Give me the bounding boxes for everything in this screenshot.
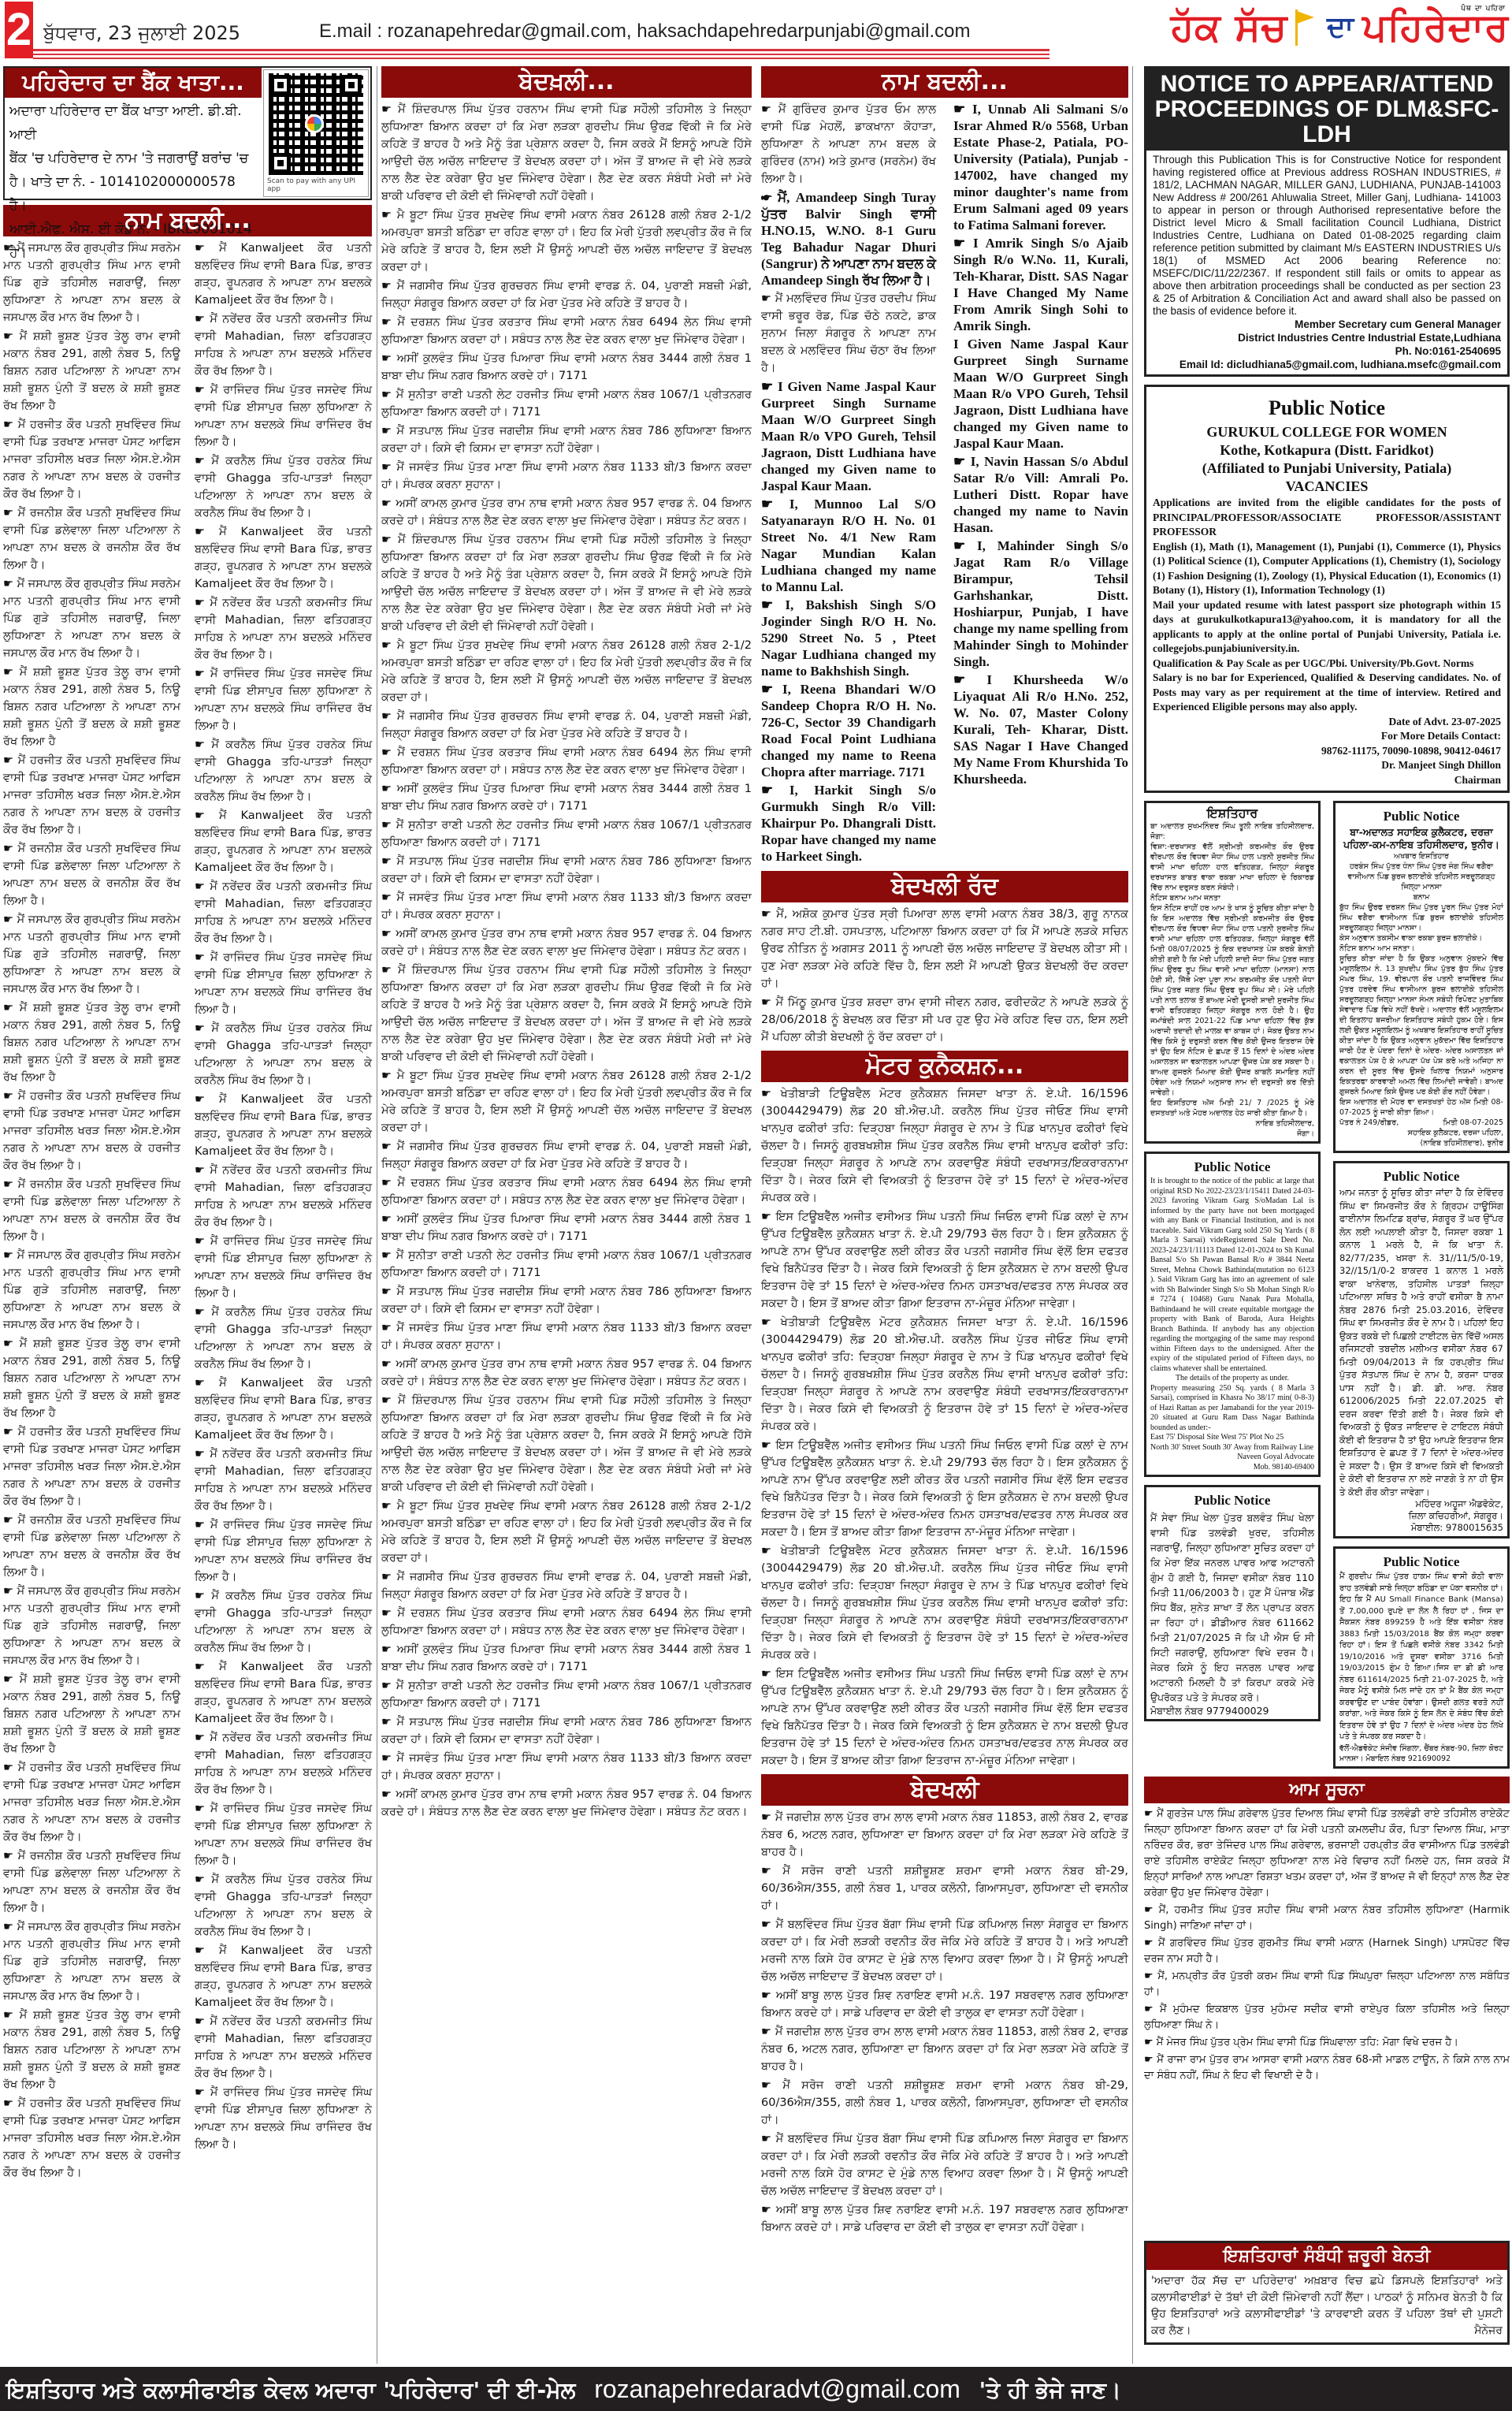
college-location: Kothe, Kotkapura (Distt. Faridkot) [1153, 441, 1501, 460]
list-item: ਮੈਂ ਸ਼ਿੰਦਰਪਾਲ ਸਿੰਘ ਪੁੱਤਰ ਹਰਨਾਮ ਸਿੰਘ ਵਾਸੀ… [381, 531, 752, 635]
list-item: ਅਸੀਂ ਕੁਲਵੰਤ ਸਿੰਘ ਪੁੱਤਰ ਪਿਆਰਾ ਸਿੰਘ ਵਾਸੀ ਮ… [381, 1641, 752, 1676]
dlm-notice-email[interactable]: Email Id: dicludhiana5@gmail.com, ludhia… [1153, 358, 1501, 371]
list-item: ਮੈਂ ਹਰਜੀਤ ਕੌਰ ਪਤਨੀ ਸੁਖਵਿੰਦਰ ਸਿੰਘ ਵਾਸੀ ਪਿ… [3, 416, 180, 503]
masthead: 2 ਬੁੱਧਵਾਰ, 23 ਜੁਲਾਈ 2025 E.mail : rozana… [0, 0, 1512, 61]
list-item: ਮੈਂ ਜਗਸੀਰ ਸਿੰਘ ਪੁੱਤਰ ਗੁਰਚਰਨ ਸਿੰਘ ਵਾਸੀ ਵਾ… [381, 1568, 752, 1603]
upi-qr-code[interactable]: Scan to pay with any UPI app [263, 69, 369, 197]
list-item: I, Navin Hassan S/o Abdul Satar R/o Vill… [953, 453, 1128, 536]
list-item: ਅਸੀਂ ਕੁਲਵੰਤ ਸਿੰਘ ਪੁੱਤਰ ਪਿਆਰਾ ਸਿੰਘ ਵਾਸੀ ਮ… [381, 350, 752, 385]
list-item: ਮੈਂ ਮਲਵਿੰਦਰ ਸਿੰਘ ਪੁੱਤਰ ਹਰਦੀਪ ਸਿੰਘ ਵਾਸੀ ਭ… [761, 290, 936, 377]
list-item: ਮੈਂ ਰਜਨੀਸ਼ ਕੌਰ ਪਤਨੀ ਸੁਖਵਿੰਦਰ ਸਿੰਘ ਵਾਸੀ ਪ… [3, 1512, 180, 1581]
khanda-flag-icon [1294, 8, 1321, 47]
public-notice-mansa: Public Notice ਮੈਂ ਗੁਰਦੀਪ ਸਿੰਘ ਪੁੱਤਰ ਹਾਕਮ… [1333, 1546, 1510, 1769]
dlm-notice-heading: NOTICE TO APPEAR/ATTEND PROCEEDINGS OF D… [1146, 69, 1507, 151]
section-heading-name-change-2: ਨਾਮ ਬਦਲੀ... [761, 66, 1128, 98]
list-item: ਮੈਂ ਹਰਜੀਤ ਕੌਰ ਪਤਨੀ ਸੁਖਵਿੰਦਰ ਸਿੰਘ ਵਾਸੀ ਪਿ… [3, 752, 180, 839]
notice-body: ਆਮ ਜਨਤਾ ਨੂੰ ਸੂਚਿਤ ਕੀਤਾ ਜਾਂਦਾ ਹੈ ਕਿ ਦੇਵਿੰ… [1339, 1186, 1503, 1498]
list-item: ਮੈਂ Kanwaljeet ਕੌਰ ਪਤਨੀ ਬਲਵਿੰਦਰ ਸਿੰਘ ਵਾਸ… [195, 807, 372, 876]
ishtihar-jogha-notice: ਇਸ਼ਤਿਹਾਰ ਬਾ ਅਦਾਲਤ ਸੁਖਮਨਿੰਦਰ ਸਿੰਘ ਤੂਲੀ ਨਾ… [1144, 801, 1321, 1144]
notice-respondents: ਬੁੱਧ ਸਿੰਘ ਉਰਫ ਦਰਸ਼ਨ ਸਿੰਘ ਪੁੱਤਰ ਪੂਰਨ ਸਿੰਘ… [1339, 902, 1503, 933]
public-notice-bhunir: Public Notice ਬਾ-ਅਦਾਲਤ ਸਹਾਇਕ ਕੁਲੈਕਟਰ, ਦਰ… [1333, 801, 1510, 1153]
list-item: ਮੈਂ ਜਸਪਾਲ ਕੌਰ ਗੁਰਪ੍ਰੀਤ ਸਿੰਘ ਸਰਨੇਮ ਮਾਨ ਪਤ… [3, 911, 180, 998]
list-item: ਮੈਂ ਹਰਜੀਤ ਕੌਰ ਪਤਨੀ ਸੁਖਵਿੰਦਰ ਸਿੰਘ ਵਾਸੀ ਪਿ… [3, 1088, 180, 1174]
list-item: ਮੈਂ ਜਸਵੰਤ ਸਿੰਘ ਪੁੱਤਰ ਮਾਣਾ ਸਿੰਘ ਵਾਸੀ ਮਕਾਨ… [381, 1750, 752, 1784]
list-item: I Given Name Jaspal Kaur Gurpreet Singh … [953, 336, 1128, 452]
list-item: ਮੈਂ ਕਰਨੈਲ ਸਿੰਘ ਪੁੱਤਰ ਹਰਨੇਕ ਸਿੰਘ ਵਾਸੀ Gha… [195, 1304, 372, 1373]
advt-date: Date of Advt. 23-07-2025 [1153, 715, 1501, 730]
list-item: ਮੈਂ ਸ਼ਿੰਦਰਪਾਲ ਸਿੰਘ ਪੁੱਤਰ ਹਰਨਾਮ ਸਿੰਘ ਵਾਸੀ… [381, 101, 752, 205]
ads-disclaimer-box: ਇਸ਼ਤਿਹਾਰਾਂ ਸੰਬੰਧੀ ਜ਼ਰੂਰੀ ਬੇਨਤੀ 'ਅਦਾਰਾ ਹੱ… [1144, 2241, 1510, 2345]
name-change-subcol-4: I, Unnab Ali Salmani S/o Israr Ahmed R/o… [953, 101, 1128, 866]
signatory: Dr. Manjeet Singh Dhillon [1153, 758, 1501, 773]
list-item: ਮੈ ਬੂਟਾ ਸਿੰਘ ਪੁੱਤਰ ਸੁਖਦੇਵ ਸਿੰਘ ਵਾਸੀ ਮਕਾਨ… [381, 206, 752, 276]
notice-subject: ਵਿਸ਼ਾ:-ਦਰਖਾਸਤ ਵੱਲੋਂ ਸ੍ਰੀਮਤੀ ਕਰਮਜੀਤ ਕੌਰ ਉ… [1150, 842, 1314, 893]
notice-title: Public Notice [1339, 809, 1503, 824]
list-item: ਮੈਂ ਮੇਜਰ ਸਿੰਘ ਪੁੱਤਰ ਪ੍ਰੇਮ ਸਿੰਘ ਵਾਸੀ ਪਿੰਡ… [1144, 2035, 1510, 2051]
qr-caption: Scan to pay with any UPI app [267, 177, 365, 193]
column-left: ਪਹਿਰੇਦਾਰ ਦਾ ਬੈਂਕ ਖਾਤਾ... ਅਦਾਰਾ ਪਹਿਰੇਦਾਰ … [3, 66, 372, 2183]
list-item: ਮੈਂ ਸ਼ਸ਼ੀ ਭੂਸ਼ਣ ਪੁੱਤਰ ਤੇਲੂ ਰਾਮ ਵਾਸੀ ਮਕਾਨ… [3, 664, 180, 750]
bank-line: ਬੈਂਕ 'ਚ ਪਹਿਰੇਦਾਰ ਦੇ ਨਾਮ 'ਤੇ ਜਗਰਾਉਂ ਬਰਾਂਚ… [9, 147, 257, 170]
list-item: ਮੈਂ ਰਾਜਿੰਦਰ ਸਿੰਘ ਪੁੱਤਰ ਜਸਦੇਵ ਸਿੰਘ ਵਾਸੀ ਪ… [195, 381, 372, 451]
notice-subhead: The details of the property as under. [1150, 1374, 1314, 1384]
column-bedakhli: ਬੇਦਖ਼ਲੀ... ਮੈਂ ਸ਼ਿੰਦਰਪਾਲ ਸਿੰਘ ਪੁੱਤਰ ਹਰਨਾ… [381, 66, 752, 2360]
list-item: ਮੈਂ ਰਾਜਿੰਦਰ ਸਿੰਘ ਪੁੱਤਰ ਜਸਦੇਵ ਸਿੰਘ ਵਾਸੀ ਪ… [195, 2084, 372, 2153]
page-number: 2 [5, 2, 33, 58]
list-item: I, Mahinder Singh S/o Jagat Ram R/o Vill… [953, 538, 1128, 670]
header-rule [33, 58, 1049, 59]
college-name: GURUKUL COLLEGE FOR WOMEN [1153, 423, 1501, 441]
list-item: ਮੈਂ, ਅਸ਼ੋਕ ਕੁਮਾਰ ਪੁੱਤਰ ਸ੍ਰੀ ਪਿਆਰਾ ਲਾਲ ਵਾ… [761, 906, 1128, 992]
list-item: ਮੈਂ ਨਰੇਂਦਰ ਕੌਰ ਪਤਨੀ ਕਰਮਜੀਤ ਸਿੰਘ ਵਾਸੀ Mah… [195, 878, 372, 947]
court-line: ਪਹਿਲਾ-ਕਮ-ਨਾਇਬ ਤਹਿਸੀਲਦਾਰ, ਝੁਨੀਰ। [1339, 839, 1503, 851]
contact-label: For More Details Contact: [1153, 729, 1501, 744]
list-item: ਮੈਂ ਮੁਹੰਮਦ ਇਕਬਾਲ ਪੁੱਤਰ ਮੁਹੰਮਦ ਸਦੀਕ ਵਾਸੀ … [1144, 2002, 1510, 2033]
notice-sign: ਵੱਲੋਂ-ਐਡਵੋਕੇਟ ਸੰਜੀਵ ਸਿੰਗਲਾ, ਚੈਂਬਰ ਨੰਬਰ-9… [1339, 1743, 1503, 1764]
notice-paragraph: Mail your updated resume with latest pas… [1153, 598, 1501, 657]
notice-vs: ਬਨਾਮ [1339, 892, 1503, 902]
dlm-notice-phone: Ph. No:0161-2540695 [1153, 344, 1501, 358]
list-item: ਮੈਂ ਸਤਪਾਲ ਸਿੰਘ ਪੁੱਤਰ ਜਗਦੀਸ਼ ਸਿੰਘ ਵਾਸੀ ਮਕ… [381, 853, 752, 887]
notice-sign: ਮਹਿੰਦਰ ਅਹੂਜਾ ਐਡਵੋਕੇਟ, [1339, 1498, 1503, 1510]
logo-tagline: ਪੰਥ ਦਾ ਪਹਿਰਾ [1461, 5, 1506, 13]
newspaper-logo: ਹੱਕ ਸੱਚ ਦਾ ਪਹਿਰੇਦਾਰ ਪੰਥ ਦਾ ਪਹਿਰਾ [1060, 5, 1509, 50]
list-item: ਮੈਂ ਸਤਪਾਲ ਸਿੰਘ ਪੁੱਤਰ ਜਗਦੀਸ਼ ਸਿੰਘ ਵਾਸੀ ਮਕ… [381, 422, 752, 457]
dlm-notice-sign: Member Secretary cum General Manager [1153, 318, 1501, 331]
notice-sign: ਨਾਇਬ ਤਹਿਸੀਲਦਾਰ, [1150, 1118, 1314, 1129]
list-item: I, Unnab Ali Salmani S/o Israr Ahmed R/o… [953, 101, 1128, 233]
list-item: ਮੈਂ ਸ਼ਸ਼ੀ ਭੂਸ਼ਣ ਪੁੱਤਰ ਤੇਲੂ ਰਾਮ ਵਾਸੀ ਮਕਾਨ… [3, 2007, 180, 2093]
list-item: ਮੈਂ ਸ਼ਸ਼ੀ ਭੂਸ਼ਣ ਪੁੱਤਰ ਤੇਲੂ ਰਾਮ ਵਾਸੀ ਮਕਾਨ… [3, 328, 180, 415]
list-item: ਮੈਂ ਜਗਸੀਰ ਸਿੰਘ ਪੁੱਤਰ ਗੁਰਚਰਨ ਸਿੰਘ ਵਾਸੀ ਵਾ… [381, 708, 752, 742]
notice-body: ਇਸ ਨੋਟਿਸ ਰਾਹੀਂ ਹਰ ਆਮ ਤੇ ਖਾਸ ਨੂੰ ਸੂਚਿਤ ਕੀ… [1150, 903, 1314, 1098]
list-item: ਖੇਤੀਬਾੜੀ ਟਿਊਬਵੈਲ ਮੋਟਰ ਕੁਨੈਕਸ਼ਨ ਜਿਸਦਾ ਖਾਤ… [761, 1085, 1128, 1207]
notice-title: Public Notice [1339, 1554, 1503, 1570]
list-item: ਮੈਂ ਜਗਦੀਸ਼ ਲਾਲ ਪੁੱਤਰ ਰਾਮ ਲਾਲ ਵਾਸੀ ਮਕਾਨ ਨ… [761, 2023, 1128, 2075]
list-item: ਮੈਂ Kanwaljeet ਕੌਰ ਪਤਨੀ ਬਲਵਿੰਦਰ ਸਿੰਘ ਵਾਸ… [195, 1375, 372, 1444]
list-item: ਮੈਂ ਹਰਜੀਤ ਕੌਰ ਪਤਨੀ ਸੁਖਵਿੰਦਰ ਸਿੰਘ ਵਾਸੀ ਪਿ… [3, 1759, 180, 1846]
column-notices: NOTICE TO APPEAR/ATTEND PROCEEDINGS OF D… [1144, 66, 1510, 2364]
list-item: ਮੈਂ ਜਸਵੰਤ ਸਿੰਘ ਪੁੱਤਰ ਮਾਣਾ ਸਿੰਘ ਵਾਸੀ ਮਕਾਨ… [381, 889, 752, 924]
section-heading-bedakhli-radd: ਬੇਦਖਲੀ ਰੱਦ [761, 871, 1128, 902]
vacancies-label: VACANCIES [1153, 478, 1501, 496]
notice-sign: Naveen Goyal Advocate [1150, 1453, 1314, 1463]
notice-case: ਕੇਸ ਅਨੁਵਾਨ ਤਕਸੀਮ ਵਾਕਾ ਰਕਬਾ ਬੁਰਜ ਭਲਾਈਕੇ। [1339, 933, 1503, 943]
bank-account-box: ਪਹਿਰੇਦਾਰ ਦਾ ਬੈਂਕ ਖਾਤਾ... ਅਦਾਰਾ ਪਹਿਰੇਦਾਰ … [3, 66, 372, 200]
list-item: ਮੈ ਬੂਟਾ ਸਿੰਘ ਪੁੱਤਰ ਸੁਖਦੇਵ ਸਿੰਘ ਵਾਸੀ ਮਕਾਨ… [381, 1067, 752, 1137]
notice-title: Public Notice [1153, 396, 1501, 420]
notice-ref-row: ਪੱਤਰ ਨੰ 249/ਰੀਡਰ, ਮਿਤੀ 08-07-2025 [1339, 1118, 1503, 1128]
signatory-designation: Chairman [1153, 773, 1501, 788]
notice-sign: ਜ਼ਿਲਾ ਕਚਿਹਰੀਆਂ, ਸੰਗਰੂਰ। [1339, 1510, 1503, 1522]
list-item: ਮੈਂ, Amandeep Singh Turay ਪੁੱਤਰ Balvir S… [761, 189, 936, 288]
list-item: ਮੈਂ ਸੁਨੀਤਾ ਰਾਣੀ ਪਤਨੀ ਲੇਟ ਹਰਜੀਤ ਸਿੰਘ ਵਾਸੀ… [381, 1677, 752, 1712]
list-item: ਮੈਂ ਕਰਨੈਲ ਸਿੰਘ ਪੁੱਤਰ ਹਰਨੇਕ ਸਿੰਘ ਵਾਸੀ Gha… [195, 736, 372, 806]
notice-ref: ਪੱਤਰ ਨੰ 249/ਰੀਡਰ, [1339, 1118, 1399, 1128]
footer-email-link[interactable]: rozanapehredaradvt@gmail.com [594, 2375, 960, 2403]
contact-phones: 98762-11175, 70090-10898, 90412-04617 [1153, 744, 1501, 759]
notice-paragraph: Applications are invited from the eligib… [1153, 496, 1501, 540]
notice-title: Public Notice [1150, 1493, 1314, 1509]
list-item: ਇਸ ਟਿਊਬਵੈੱਲ ਅਜੀਤ ਵਸੀਅਤ ਸਿੰਘ ਪਤਨੀ ਸਿੰਘ ਜਿ… [761, 1437, 1128, 1541]
list-item: ਮੈਂ ਰਜਨੀਸ਼ ਕੌਰ ਪਤਨੀ ਸੁਖਵਿੰਦਰ ਸਿੰਘ ਵਾਸੀ ਪ… [3, 504, 180, 574]
college-affiliation: (Affiliated to Punjabi University, Patia… [1153, 460, 1501, 478]
list-item: ਮੈਂ ਦਰਸ਼ਨ ਸਿੰਘ ਪੁੱਤਰ ਕਰਤਾਰ ਸਿੰਘ ਵਾਸੀ ਮਕਾ… [381, 1174, 752, 1209]
list-item: ਮੈ ਬੂਟਾ ਸਿੰਘ ਪੁੱਤਰ ਸੁਖਦੇਵ ਸਿੰਘ ਵਾਸੀ ਮਕਾਨ… [381, 1498, 752, 1567]
list-item: ਖੇਤੀਬਾੜੀ ਟਿਊਬਵੈਲ ਮੋਟਰ ਕੁਨੈਕਸ਼ਨ ਜਿਸਦਾ ਖਾਤ… [761, 1314, 1128, 1435]
name-change-subcol-2: ਮੈਂ Kanwaljeet ਕੌਰ ਪਤਨੀ ਬਲਵਿੰਦਰ ਸਿੰਘ ਵਾਸ… [195, 240, 372, 2183]
notice-issue: ਇਸ ਅਦਾਲਤ ਦੀ ਮੋਹਰ ਵਾ ਦਸਤਖਤਾਂ ਹੇਠ ਅੱਜ ਮਿਤੀ… [1339, 1097, 1503, 1118]
list-item: ਮੈਂ Kanwaljeet ਕੌਰ ਪਤਨੀ ਬਲਵਿੰਦਰ ਸਿੰਘ ਵਾਸ… [195, 240, 372, 309]
list-item: ਮੈਂ ਨਰੇਂਦਰ ਕੌਰ ਪਤਨੀ ਕਰਮਜੀਤ ਸਿੰਘ ਵਾਸੀ Mah… [195, 1729, 372, 1799]
logo-text-da: ਦਾ [1327, 11, 1354, 44]
list-item: ਮੈਂ ਗਰਵਿੰਦਰ ਸਿੰਘ ਪੁੱਤਰ ਗੁਰਮੀਤ ਸਿੰਘ ਵਾਸੀ … [1144, 1936, 1510, 1967]
disclaimer-body: 'ਅਦਾਰਾ ਹੱਕ ਸੱਚ ਦਾ ਪਹਿਰੇਦਾਰ' ਅਖ਼ਬਾਰ ਵਿਚ ਛ… [1151, 2275, 1503, 2337]
notice-paragraph: Salary is no bar for Experienced, Qualif… [1153, 671, 1501, 715]
property-bounds: East 75' Disposal Site West 75' Plot No … [1150, 1433, 1314, 1443]
list-item: ਮੈਂ ਬਲਵਿੰਦਰ ਸਿੰਘ ਪੁੱਤਰ ਬੱਗਾ ਸਿੰਘ ਵਾਸੀ ਪਿ… [761, 1916, 1128, 1985]
list-item: ਮੈਂ ਹਰਜੀਤ ਕੌਰ ਪਤਨੀ ਸੁਖਵਿੰਦਰ ਸਿੰਘ ਵਾਸੀ ਪਿ… [3, 1423, 180, 1510]
list-item: ਅਸੀਂ ਕਾਮਲ ਕੁਮਾਰ ਪੁੱਤਰ ਰਾਮ ਨਾਥ ਵਾਸੀ ਮਕਾਨ … [381, 495, 752, 530]
list-item: I, Reena Bhandari W/O Sandeep Chopra R/O… [761, 681, 936, 780]
list-item: ਮੈਂ, ਮਨਪ੍ਰੀਤ ਕੌਰ ਪੁੱਤਰੀ ਕਰਮ ਸਿੰਘ ਵਾਸੀ ਪਿ… [1144, 1969, 1510, 2000]
list-item: I Khursheeda W/o Liyaquat Ali R/o H.No. … [953, 672, 1128, 787]
name-change-subcol-1: ਮੈਂ ਜਸਪਾਲ ਕੌਰ ਗੁਰਪ੍ਰੀਤ ਸਿੰਘ ਸਰਨੇਮ ਮਾਨ ਪਤ… [3, 240, 180, 2183]
notice-subhead: ਅਖਬਾਰ ਇਸ਼ਤਿਹਾਰ [1339, 851, 1503, 861]
list-item: ਮੈਂ ਕਰਨੈਲ ਸਿੰਘ ਪੁੱਤਰ ਹਰਨੇਕ ਸਿੰਘ ਵਾਸੀ Gha… [195, 1871, 372, 1940]
list-item: ਮੈਂ Kanwaljeet ਕੌਰ ਪਤਨੀ ਬਲਵਿੰਦਰ ਸਿੰਘ ਵਾਸ… [195, 1091, 372, 1160]
list-item: ਮੈਂ ਸੁਨੀਤਾ ਰਾਣੀ ਪਤਨੀ ਲੇਟ ਹਰਜੀਤ ਸਿੰਘ ਵਾਸੀ… [381, 386, 752, 421]
notice-body: ਸੂਚਿਤ ਕੀਤਾ ਜਾਂਦਾ ਹੈ ਕਿ ਉਕਤ ਅਨੁਵਾਨ ਮੁੱਕਦਮ… [1339, 954, 1503, 1097]
list-item: ਮੈਂ ਰਾਜਿੰਦਰ ਸਿੰਘ ਪੁੱਤਰ ਜਸਦੇਵ ਸਿੰਘ ਵਾਸੀ ਪ… [195, 949, 372, 1018]
issue-date: ਬੁੱਧਵਾਰ, 23 ਜੁਲਾਈ 2025 [43, 22, 240, 44]
bank-line: ਅਦਾਰਾ ਪਹਿਰੇਦਾਰ ਦਾ ਬੈਂਕ ਖਾਤਾ ਆਈ. ਡੀ.ਬੀ. ਆ… [9, 99, 257, 147]
list-item: ਮੈਂ ਜਗਸੀਰ ਸਿੰਘ ਪੁੱਤਰ ਗੁਰਚਰਨ ਸਿੰਘ ਵਾਸੀ ਵਾ… [381, 1138, 752, 1173]
list-item: I Given Name Jaspal Kaur Gurpreet Singh … [761, 378, 936, 494]
list-item: ਮੈਂ ਨਰੇਂਦਰ ਕੌਰ ਪਤਨੀ ਕਰਮਜੀਤ ਸਿੰਘ ਵਾਸੀ Mah… [195, 2013, 372, 2082]
list-item: ਮੈਂ ਰਾਜਿੰਦਰ ਸਿੰਘ ਪੁੱਤਰ ਜਸਦੇਵ ਸਿੰਘ ਵਾਸੀ ਪ… [195, 1516, 372, 1586]
subjects-list: English (1), Math (1), Management (1), P… [1153, 540, 1501, 598]
disclaimer-sign: ਮੈਨੇਜਰ [1474, 2323, 1503, 2339]
list-item: ਮੈਂ ਦਰਸ਼ਨ ਸਿੰਘ ਪੁੱਤਰ ਕਰਤਾਰ ਸਿੰਘ ਵਾਸੀ ਮਕਾ… [381, 314, 752, 348]
list-item: ਮੈਂ ਦਰਸ਼ਨ ਸਿੰਘ ਪੁੱਤਰ ਕਰਤਾਰ ਸਿੰਘ ਵਾਸੀ ਮਕਾ… [381, 1605, 752, 1639]
list-item: ਮੈਂ ਜਸਵੰਤ ਸਿੰਘ ਪੁੱਤਰ ਮਾਣਾ ਸਿੰਘ ਵਾਸੀ ਮਕਾਨ… [381, 1319, 752, 1354]
court-line: ਬਾ ਅਦਾਲਤ ਸੁਖਮਨਿੰਦਰ ਸਿੰਘ ਤੂਲੀ ਨਾਇਬ ਤਹਿਸੀਲ… [1150, 821, 1314, 842]
list-item: ਮੈਂ ਬਲਵਿੰਦਰ ਸਿੰਘ ਪੁੱਤਰ ਬੱਗਾ ਸਿੰਘ ਵਾਸੀ ਪਿ… [761, 2130, 1128, 2200]
list-item: ਮੈਂ ਨਰੇਂਦਰ ਕੌਰ ਪਤਨੀ ਕਰਮਜੀਤ ਸਿੰਘ ਵਾਸੀ Mah… [195, 311, 372, 380]
section-heading-aam-suchna: ਆਮ ਸੂਚਨਾ [1144, 1777, 1510, 1803]
list-item: ਮੈਂ ਨਰੇਂਦਰ ਕੌਰ ਪਤਨੀ ਕਰਮਜੀਤ ਸਿੰਘ ਵਾਸੀ Mah… [195, 1162, 372, 1231]
list-item: ਮੈਂ ਰਾਜਿੰਦਰ ਸਿੰਘ ਪੁੱਤਰ ਜਸਦੇਵ ਸਿੰਘ ਵਾਸੀ ਪ… [195, 1233, 372, 1302]
list-item: ਮੈਂ ਗੁਰਿੰਦਰ ਕੁਮਾਰ ਪੁੱਤਰ ਓਮ ਲਾਲ ਵਾਸੀ ਪਿੰਡ… [761, 101, 936, 188]
list-item: ਮੈਂ ਨਰੇਂਦਰ ਕੌਰ ਪਤਨੀ ਕਰਮਜੀਤ ਸਿੰਘ ਵਾਸੀ Mah… [195, 1445, 372, 1515]
notice-title: ਇਸ਼ਤਿਹਾਰ [1150, 806, 1314, 821]
list-item: ਮੈਂ ਸਰੋਜ ਰਾਣੀ ਪਤਨੀ ਸ਼ਸ਼ੀਭੂਸ਼ਣ ਸ਼ਰਮਾ ਵਾਸੀ… [761, 1862, 1128, 1914]
name-change-subcol-3: ਮੈਂ ਗੁਰਿੰਦਰ ਕੁਮਾਰ ਪੁੱਤਰ ਓਮ ਲਾਲ ਵਾਸੀ ਪਿੰਡ… [761, 101, 936, 866]
dlm-notice: NOTICE TO APPEAR/ATTEND PROCEEDINGS OF D… [1144, 66, 1510, 377]
list-item: ਮੈਂ Kanwaljeet ਕੌਰ ਪਤਨੀ ਬਲਵਿੰਦਰ ਸਿੰਘ ਵਾਸ… [195, 1942, 372, 2011]
list-item: ਅਸੀਂ ਕੁਲਵੰਤ ਸਿੰਘ ਪੁੱਤਰ ਪਿਆਰਾ ਸਿੰਘ ਵਾਸੀ ਮ… [381, 1211, 752, 1245]
header-email[interactable]: E.mail : rozanapehredar@gmail.com, haksa… [319, 20, 970, 43]
notice-title: Public Notice [1339, 1169, 1503, 1185]
list-item: I, Munnoo Lal S/O Satyanarayn R/O H. No.… [761, 496, 936, 595]
list-item: I, Bakshish Singh S/O Joginder Singh R/O… [761, 597, 936, 679]
notice-sign: ਸਹਾਇਕ ਕੁਲੈਕਟਰ, ਦਰਜਾ ਪਹਿਲਾ, [1339, 1128, 1503, 1138]
notice-sign: (ਨਾਇਬ ਤਹਿਸੀਲਦਾਰ), ਝੁਨੀਰ [1339, 1138, 1503, 1148]
list-item: ਮੈਂ ਸਤਪਾਲ ਸਿੰਘ ਪੁੱਤਰ ਜਗਦੀਸ਼ ਸਿੰਘ ਵਾਸੀ ਮਕ… [381, 1713, 752, 1748]
list-item: ਮੈਂ ਸ਼ਸ਼ੀ ਭੂਸ਼ਣ ਪੁੱਤਰ ਤੇਲੂ ਰਾਮ ਵਾਸੀ ਮਕਾਨ… [3, 1335, 180, 1422]
list-item: ਮੈਂ ਰਾਜਿੰਦਰ ਸਿੰਘ ਪੁੱਤਰ ਜਸਦੇਵ ਸਿੰਘ ਵਾਸੀ ਪ… [195, 1800, 372, 1870]
column-mid-right: ਨਾਮ ਬਦਲੀ... ਮੈਂ ਗੁਰਿੰਦਰ ਕੁਮਾਰ ਪੁੱਤਰ ਓਮ ਲ… [761, 66, 1128, 2360]
list-item: ਮੈਂ ਸੁਨੀਤਾ ਰਾਣੀ ਪਤਨੀ ਲੇਟ ਹਰਜੀਤ ਸਿੰਘ ਵਾਸੀ… [381, 1247, 752, 1282]
column-divider [1132, 66, 1133, 2364]
property-details: Property measuring 250 Sq. yards ( 8 Mar… [1150, 1384, 1314, 1434]
notice-mobile: ਮੋਬਾਈਲ: 9780015635 [1339, 1522, 1503, 1534]
list-item: ਮੈਂ, ਹਰਮੀਤ ਸਿੰਘ ਪੁੱਤਰ ਸ਼ਹੀਦ ਸਿੰਘ ਵਾਸੀ ਮਕ… [1144, 1903, 1510, 1934]
qr-code-icon [269, 73, 363, 175]
list-item: ਮੈਂ ਗੁਰਤੇਜ ਪਾਲ ਸਿੰਘ ਗਰੇਵਾਲ ਪੁੱਤਰ ਦਿਆਲ ਸਿ… [1144, 1806, 1510, 1901]
bank-heading: ਪਹਿਰੇਦਾਰ ਦਾ ਬੈਂਕ ਖਾਤਾ... [5, 68, 262, 98]
logo-text-1: ਹੱਕ ਸੱਚ [1171, 6, 1287, 50]
notice-body: It is brought to the notice of the publi… [1150, 1177, 1314, 1374]
footer-text: ਇਸ਼ਤਿਹਾਰ ਅਤੇ ਕਲਾਸੀਫਾਈਡ ਕੇਵਲ ਅਦਾਰਾ 'ਪਹਿਰੇ… [6, 2377, 575, 2403]
list-item: ਮੈਂ ਜਗਦੀਸ਼ ਲਾਲ ਪੁੱਤਰ ਰਾਮ ਲਾਲ ਵਾਸੀ ਮਕਾਨ ਨ… [761, 1809, 1128, 1861]
list-item: ਮੈਂ ਸ਼ਸ਼ੀ ਭੂਸ਼ਣ ਪੁੱਤਰ ਤੇਲੂ ਰਾਮ ਵਾਸੀ ਮਕਾਨ… [3, 1671, 180, 1758]
notice-mobile: ਮੋਬਾਈਲ ਨੰਬਰ 9779400029 [1150, 1705, 1314, 1717]
list-item: ਅਸੀਂ ਬਾਬੂ ਲਾਲ ਪੁੱਤਰ ਸ਼ਿਵ ਨਰਾਇਣ ਵਾਸੀ ਮ.ਨੰ… [761, 2201, 1128, 2236]
list-item: ਅਸੀਂ ਕਾਮਲ ਕੁਮਾਰ ਪੁੱਤਰ ਰਾਮ ਨਾਥ ਵਾਸੀ ਮਕਾਨ … [381, 1786, 752, 1821]
list-item: I Amrik Singh S/o Ajaib Singh R/o W.No. … [953, 235, 1128, 334]
list-item: ਮੈਂ ਕਰਨੈਲ ਸਿੰਘ ਪੁੱਤਰ ਹਰਨੇਕ ਸਿੰਘ ਵਾਸੀ Gha… [195, 1587, 372, 1657]
court-line: ਬਾ-ਅਦਾਲਤ ਸਹਾਇਕ ਕੁਲੈਕਟਰ, ਦਰਜ਼ਾ [1339, 826, 1503, 839]
list-item: ਮੈਂ Kanwaljeet ਕੌਰ ਪਤਨੀ ਬਲਵਿੰਦਰ ਸਿੰਘ ਵਾਸ… [195, 523, 372, 593]
list-item: ਮੈਂ ਨਰੇਂਦਰ ਕੌਰ ਪਤਨੀ ਕਰਮਜੀਤ ਸਿੰਘ ਵਾਸੀ Mah… [195, 594, 372, 664]
list-item: ਅਸੀਂ ਬਾਬੂ ਲਾਲ ਪੁੱਤਰ ਸ਼ਿਵ ਨਰਾਇਣ ਵਾਸੀ ਮ.ਨੰ… [761, 1987, 1128, 2022]
disclaimer-heading: ਇਸ਼ਤਿਹਾਰਾਂ ਸੰਬੰਧੀ ਜ਼ਰੂਰੀ ਬੇਨਤੀ [1146, 2243, 1507, 2270]
notice-parties: ਹਰਬੰਸ ਸਿੰਘ ਪੁੱਤਰ ਧੰਨਾ ਸਿੰਘ ਪੁੱਤਰ ਜੰਗ ਸਿੰ… [1339, 861, 1503, 892]
list-item: ਮੈਂ ਕਰਨੈਲ ਸਿੰਘ ਪੁੱਤਰ ਹਰਨੇਕ ਸਿੰਘ ਵਾਸੀ Gha… [195, 1020, 372, 1089]
list-item: ਮੈਂ ਸਰੋਜ ਰਾਣੀ ਪਤਨੀ ਸ਼ਸ਼ੀਭੂਸ਼ਣ ਸ਼ਰਮਾ ਵਾਸੀ… [761, 2077, 1128, 2129]
list-item: ਮੈ ਬੂਟਾ ਸਿੰਘ ਪੁੱਤਰ ਸੁਖਦੇਵ ਸਿੰਘ ਵਾਸੀ ਮਕਾਨ… [381, 637, 752, 706]
section-heading-bedakhli-2: ਬੇਦਖਲੀ [761, 1774, 1128, 1806]
gpay-icon [305, 114, 324, 133]
public-notice-bathinda: Public Notice It is brought to the notic… [1144, 1152, 1321, 1477]
list-item: ਮੈਂ ਮਿੱਠੂ ਕੁਮਾਰ ਪੁੱਤਰ ਸ਼ਰਦਾ ਰਾਮ ਵਾਸੀ ਜੀਵ… [761, 994, 1128, 1046]
gurukul-vacancy-notice: Public Notice GURUKUL COLLEGE FOR WOMEN … [1144, 385, 1510, 793]
notice-to: ਨੋਟਿਸ ਬਨਾਮ ਆਮ ਜਨਤਾ। [1339, 943, 1503, 954]
dlm-notice-sign: District Industries Centre Industrial Es… [1153, 331, 1501, 344]
list-item: ਮੈਂ ਜਗਸੀਰ ਸਿੰਘ ਪੁੱਤਰ ਗੁਰਚਰਨ ਸਿੰਘ ਵਾਸੀ ਵਾ… [381, 277, 752, 312]
list-item: ਅਸੀਂ ਕੁਲਵੰਤ ਸਿੰਘ ਪੁੱਤਰ ਪਿਆਰਾ ਸਿੰਘ ਵਾਸੀ ਮ… [381, 780, 752, 815]
notice-to: ਨੋਟਿਸ ਬਨਾਮ ਆਮ ਜਨਤਾ [1150, 893, 1314, 903]
footer-text: 'ਤੇ ਹੀ ਭੇਜੇ ਜਾਣ। [979, 2377, 1121, 2403]
list-item: ਮੈਂ ਸੁਨੀਤਾ ਰਾਣੀ ਪਤਨੀ ਲੇਟ ਹਰਜੀਤ ਸਿੰਘ ਵਾਸੀ… [381, 817, 752, 851]
section-heading-bedakhli: ਬੇਦਖ਼ਲੀ... [381, 66, 752, 98]
list-item: ਮੈਂ ਰਜਨੀਸ਼ ਕੌਰ ਪਤਨੀ ਸੁਖਵਿੰਦਰ ਸਿੰਘ ਵਾਸੀ ਪ… [3, 840, 180, 910]
list-item: ਮੈਂ ਜਸਪਾਲ ਕੌਰ ਗੁਰਪ੍ਰੀਤ ਸਿੰਘ ਸਰਨੇਮ ਮਾਨ ਪਤ… [3, 1583, 180, 1669]
notice-issue: ਇਹ ਇਸ਼ਤਿਹਾਰ ਅੱਜ ਮਿਤੀ 21/ 7 /2025 ਨੂੰ ਮੇਰ… [1150, 1098, 1314, 1118]
list-item: ਮੈਂ ਜਸਪਾਲ ਕੌਰ ਗੁਰਪ੍ਰੀਤ ਸਿੰਘ ਸਰਨੇਮ ਮਾਨ ਪਤ… [3, 1247, 180, 1334]
list-item: ਇਸ ਟਿਊਬਵੈੱਲ ਅਜੀਤ ਵਸੀਅਤ ਸਿੰਘ ਪਤਨੀ ਸਿੰਘ ਜਿ… [761, 1208, 1128, 1312]
list-item: ਮੈਂ ਜਸਪਾਲ ਕੌਰ ਗੁਰਪ੍ਰੀਤ ਸਿੰਘ ਸਰਨੇਮ ਮਾਨ ਪਤ… [3, 240, 180, 326]
list-item: ਮੈਂ ਜਸਵੰਤ ਸਿੰਘ ਪੁੱਤਰ ਮਾਣਾ ਸਿੰਘ ਵਾਸੀ ਮਕਾਨ… [381, 459, 752, 493]
list-item: ਮੈਂ ਸਤਪਾਲ ਸਿੰਘ ਪੁੱਤਰ ਜਗਦੀਸ਼ ਸਿੰਘ ਵਾਸੀ ਮਕ… [381, 1283, 752, 1318]
footer-banner: ਇਸ਼ਤਿਹਾਰ ਅਤੇ ਕਲਾਸੀਫਾਈਡ ਕੇਵਲ ਅਦਾਰਾ 'ਪਹਿਰੇ… [0, 2367, 1512, 2411]
list-item: ਮੈਂ ਸ਼ਿੰਦਰਪਾਲ ਸਿੰਘ ਪੁੱਤਰ ਹਰਨਾਮ ਸਿੰਘ ਵਾਸੀ… [381, 962, 752, 1066]
section-heading-motor-connection: ਮੋਟਰ ਕੁਨੈਕਸ਼ਨ... [761, 1051, 1128, 1082]
list-item: ਮੈਂ ਦਰਸ਼ਨ ਸਿੰਘ ਪੁੱਤਰ ਕਰਤਾਰ ਸਿੰਘ ਵਾਸੀ ਮਕਾ… [381, 744, 752, 779]
list-item: I, Harkit Singh S/o Gurmukh Singh R/o Vi… [761, 782, 936, 865]
header-rule [33, 54, 1049, 55]
list-item: ਮੈਂ ਸ਼ਿੰਦਰਪਾਲ ਸਿੰਘ ਪੁੱਤਰ ਹਰਨਾਮ ਸਿੰਘ ਵਾਸੀ… [381, 1392, 752, 1496]
list-item: ਮੈਂ ਰਜਨੀਸ਼ ਕੌਰ ਪਤਨੀ ਸੁਖਵਿੰਦਰ ਸਿੰਘ ਵਾਸੀ ਪ… [3, 1847, 180, 1917]
list-item: ਮੈਂ ਰਜਨੀਸ਼ ਕੌਰ ਪਤਨੀ ਸੁਖਵਿੰਦਰ ਸਿੰਘ ਵਾਸੀ ਪ… [3, 1176, 180, 1245]
header-rule [33, 49, 1049, 51]
notice-sign: Mob. 98140-69400 [1150, 1463, 1314, 1473]
list-item: ਅਸੀਂ ਕਾਮਲ ਕੁਮਾਰ ਪੁੱਤਰ ਰਾਮ ਨਾਥ ਵਾਸੀ ਮਕਾਨ … [381, 925, 752, 960]
list-item: ਇਸ ਟਿਊਬਵੈੱਲ ਅਜੀਤ ਵਸੀਅਤ ਸਿੰਘ ਪਤਨੀ ਸਿੰਘ ਜਿ… [761, 1665, 1128, 1769]
column-divider [377, 66, 377, 2364]
notice-body: ਮੈਂ ਗੁਰਦੀਪ ਸਿੰਘ ਪੁੱਤਰ ਹਾਕਮ ਸਿੰਘ ਵਾਸੀ ਕੋਠ… [1339, 1572, 1503, 1743]
dlm-notice-body: Through this Publication This is for Con… [1153, 154, 1501, 318]
list-item: ਖੇਤੀਬਾੜੀ ਟਿਊਬਵੈਲ ਮੋਟਰ ਕੁਨੈਕਸ਼ਨ ਜਿਸਦਾ ਖਾਤ… [761, 1542, 1128, 1664]
list-item: ਮੈਂ ਰਾਜਾ ਰਾਮ ਪੁੱਤਰ ਰਾਮ ਆਸਰਾ ਵਾਸੀ ਮਕਾਨ ਨੰ… [1144, 2052, 1510, 2084]
notice-body: ਮੈਂ ਸੇਵਾ ਸਿੰਘ ਖੇਲਾ ਪੁੱਤਰ ਬਲਵੰਤ ਸਿੰਘ ਖੇਲਾ… [1150, 1510, 1314, 1705]
public-notice-jagraon: Public Notice ਮੈਂ ਸੇਵਾ ਸਿੰਘ ਖੇਲਾ ਪੁੱਤਰ ਬ… [1144, 1485, 1321, 1721]
list-item: ਮੈਂ ਜਸਪਾਲ ਕੌਰ ਗੁਰਪ੍ਰੀਤ ਸਿੰਘ ਸਰਨੇਮ ਮਾਨ ਪਤ… [3, 575, 180, 662]
list-item: ਮੈਂ ਸ਼ਸ਼ੀ ਭੂਸ਼ਣ ਪੁੱਤਰ ਤੇਲੂ ਰਾਮ ਵਾਸੀ ਮਕਾਨ… [3, 999, 180, 1086]
notice-sign: ਜੋਗਾ। [1150, 1129, 1314, 1139]
list-item: ਅਸੀਂ ਕਾਮਲ ਕੁਮਾਰ ਪੁੱਤਰ ਰਾਮ ਨਾਥ ਵਾਸੀ ਮਕਾਨ … [381, 1356, 752, 1390]
notice-paragraph: Qualification & Pay Scale as per UGC/Pbi… [1153, 657, 1501, 672]
notice-ref-date: ਮਿਤੀ 08-07-2025 [1443, 1118, 1503, 1128]
list-item: ਮੈਂ ਰਾਜਿੰਦਰ ਸਿੰਘ ਪੁੱਤਰ ਜਸਦੇਵ ਸਿੰਘ ਵਾਸੀ ਪ… [195, 665, 372, 735]
list-item: ਮੈਂ ਹਰਜੀਤ ਕੌਰ ਪਤਨੀ ਸੁਖਵਿੰਦਰ ਸਿੰਘ ਵਾਸੀ ਪਿ… [3, 2095, 180, 2182]
notice-title: Public Notice [1150, 1159, 1314, 1175]
list-item: ਮੈਂ ਜਸਪਾਲ ਕੌਰ ਗੁਰਪ੍ਰੀਤ ਸਿੰਘ ਸਰਨੇਮ ਮਾਨ ਪਤ… [3, 1918, 180, 2005]
list-item: ਮੈਂ ਕਰਨੈਲ ਸਿੰਘ ਪੁੱਤਰ ਹਰਨੇਕ ਸਿੰਘ ਵਾਸੀ Gha… [195, 452, 372, 522]
property-bounds: North 30' Street South 30' Away from Rai… [1150, 1443, 1314, 1453]
public-notice-sangrur: Public Notice ਆਮ ਜਨਤਾ ਨੂੰ ਸੂਚਿਤ ਕੀਤਾ ਜਾਂ… [1333, 1161, 1510, 1539]
list-item: ਮੈਂ Kanwaljeet ਕੌਰ ਪਤਨੀ ਬਲਵਿੰਦਰ ਸਿੰਘ ਵਾਸ… [195, 1658, 372, 1728]
